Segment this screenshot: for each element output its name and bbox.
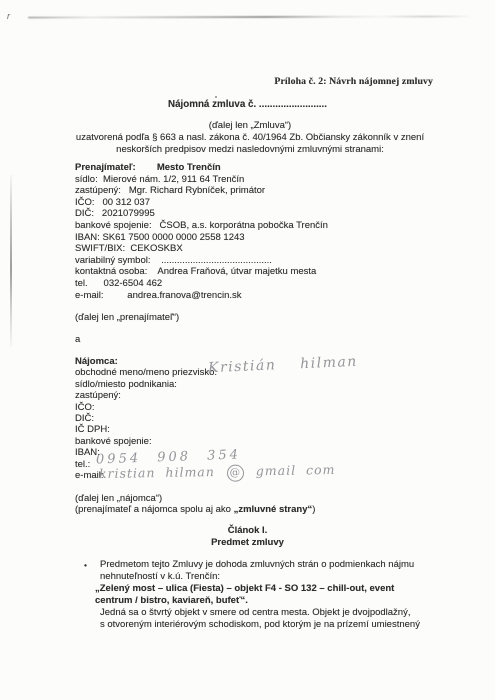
article-number: Článok I. xyxy=(0,525,495,537)
field-value: CEKOSKBX xyxy=(130,243,182,254)
joint-note-post: ) xyxy=(312,504,315,515)
field-label: IČ DPH: xyxy=(75,424,110,435)
paragraph-line: Jedná sa o štvrtý objekt v smere od cent… xyxy=(95,607,445,619)
paragraph-text: Predmetom tejto Zmluvy je dohoda zmluvný… xyxy=(100,559,414,570)
paragraph-text: neskorších predpisov medzi nasledovnými … xyxy=(116,144,384,155)
field-line: variabilný symbol: .....................… xyxy=(75,255,328,267)
field-value: 2021079995 xyxy=(102,208,155,219)
paragraph-line: nehnuteľností v k.ú. Trenčín: xyxy=(95,571,445,583)
conjunction-a: a xyxy=(75,334,80,345)
article-heading: Článok I. Predmet zmluvy xyxy=(0,525,495,549)
field-label: zastúpený: xyxy=(75,390,121,401)
field-label: kontaktná osoba: xyxy=(75,266,147,277)
field-line: IČO: xyxy=(75,402,217,413)
field-gap xyxy=(151,255,162,266)
paragraph-text: Jedná sa o štvrtý objekt v smere od cent… xyxy=(100,607,411,618)
scanned-contract-page: r Príloha č. 2: Návrh nájomnej zmluvy Ná… xyxy=(0,0,495,700)
field-label: tel. xyxy=(75,278,88,289)
field-line: bankové spojenie: ČSOB, a.s. korporátna … xyxy=(75,220,328,232)
circled-at-symbol: @ xyxy=(227,465,244,482)
handwritten-email: kristian hilman @ gmail com xyxy=(99,462,336,484)
field-label: DIČ: xyxy=(75,413,94,424)
attachment-heading: Príloha č. 2: Návrh nájomnej zmluvy xyxy=(0,76,433,87)
intro-paragraph: (ďalej len „Zmluva“)uzatvorená podľa § 6… xyxy=(0,120,495,156)
field-label: e-mail: xyxy=(75,290,104,301)
field-label: obchodné meno/meno priezvisko: xyxy=(75,367,217,378)
handwritten-email-local: kristian hilman xyxy=(99,464,215,481)
joint-note-bold: „zmluvné strany“ xyxy=(234,504,313,515)
paragraph-text: uzatvorená podľa § 663 a nasl. zákona č.… xyxy=(76,132,424,143)
field-value: 00 312 037 xyxy=(102,197,150,208)
joint-parties-note: (prenajímateľ a nájomca spolu aj ako „zm… xyxy=(75,504,315,515)
field-value: andrea.franova@trencin.sk xyxy=(127,290,241,301)
field-gap xyxy=(136,162,157,173)
field-line: kontaktná osoba: Andrea Fraňová, útvar m… xyxy=(75,266,328,278)
field-gap xyxy=(152,220,160,231)
scan-artifact-top-line xyxy=(28,15,470,18)
field-value: SK61 7500 0000 0000 2558 1243 xyxy=(102,232,244,243)
paragraph-line: „Zelený most – ulica (Fiesta) – objekt F… xyxy=(95,583,445,595)
field-label: Nájomca: xyxy=(75,356,118,367)
field-line: sídlo: Mierové nám. 1/2, 911 64 Trenčín xyxy=(75,174,328,186)
field-value: ........................................… xyxy=(161,255,272,266)
landlord-details: Prenajímateľ: Mesto Trenčínsídlo: Mierov… xyxy=(75,162,328,301)
field-label: IBAN: xyxy=(75,232,100,243)
scan-artifact-dot xyxy=(215,96,217,98)
field-value: Mesto Trenčín xyxy=(157,162,221,173)
field-label: zastúpený: xyxy=(75,185,121,196)
field-gap xyxy=(121,185,129,196)
scan-artifact-corner-mark: r xyxy=(7,11,10,21)
paragraph-text: (ďalej len „Zmluva“) xyxy=(209,120,291,131)
field-label: variabilný symbol: xyxy=(75,255,151,266)
paragraph-line: uzatvorená podľa § 663 a nasl. zákona č.… xyxy=(0,132,495,144)
bullet-icon: • xyxy=(84,560,87,572)
field-line: zastúpený: xyxy=(75,390,217,401)
paragraph-line: Predmetom tejto Zmluvy je dohoda zmluvný… xyxy=(95,559,445,571)
paragraph-line: centrum / bistro, kaviareň, bufeť“. xyxy=(95,595,445,607)
field-line: DIČ: xyxy=(75,413,217,424)
tenant-alias-note: (ďalej len „nájomca“) xyxy=(75,493,162,504)
paragraph-line: (ďalej len „Zmluva“) xyxy=(0,120,495,132)
field-line: e-mail: andrea.franova@trencin.sk xyxy=(75,290,328,302)
field-value: Mierové nám. 1/2, 911 64 Trenčín xyxy=(103,174,244,185)
field-label: SWIFT/BIX: xyxy=(75,243,125,254)
subject-paragraph: • Predmetom tejto Zmluvy je dohoda zmluv… xyxy=(95,559,445,630)
paragraph-text: s otvoreným interiérovým schodiskom, pod… xyxy=(100,619,420,630)
field-label: sídlo/miesto podnikania: xyxy=(75,379,177,390)
field-gap xyxy=(88,278,104,289)
field-label: bankové spojenie: xyxy=(75,436,152,447)
scan-artifact-left-line xyxy=(10,175,12,347)
field-gap xyxy=(104,290,128,301)
field-line: SWIFT/BIX: CEKOSKBX xyxy=(75,243,328,255)
field-value: 032-6504 462 xyxy=(104,278,163,289)
subject-paragraph-lines: Predmetom tejto Zmluvy je dohoda zmluvný… xyxy=(95,559,445,630)
field-line: IČ DPH: xyxy=(75,424,217,435)
field-label: IČO: xyxy=(75,197,95,208)
field-line: tel. 032-6504 462 xyxy=(75,278,328,290)
paragraph-line: s otvoreným interiérovým schodiskom, pod… xyxy=(95,619,445,631)
field-label: tel.: xyxy=(75,459,90,470)
field-gap xyxy=(147,266,157,277)
field-line: Nájomca: xyxy=(75,356,217,367)
document-title: Nájomná zmluva č. ......................… xyxy=(0,99,495,110)
field-value: Andrea Fraňová, útvar majetku mesta xyxy=(157,266,316,277)
field-line: DIČ: 2021079995 xyxy=(75,208,328,220)
field-label: IČO: xyxy=(75,402,95,413)
handwritten-email-domain: gmail com xyxy=(256,462,336,478)
joint-note-pre: (prenajímateľ a nájomca spolu aj ako xyxy=(75,504,234,515)
article-subject: Predmet zmluvy xyxy=(0,537,495,549)
field-value: Mgr. Richard Rybníček, primátor xyxy=(129,185,265,196)
field-line: IBAN: SK61 7500 0000 0000 2558 1243 xyxy=(75,232,328,244)
field-gap xyxy=(94,208,102,219)
paragraph-line: neskorších predpisov medzi nasledovnými … xyxy=(0,144,495,156)
field-value: ČSOB, a.s. korporátna pobočka Trenčín xyxy=(160,220,328,231)
field-line: bankové spojenie: xyxy=(75,436,217,447)
handwritten-tenant-name: Kristián hilman xyxy=(208,354,358,377)
landlord-alias-note: (ďalej len „prenajímateľ“) xyxy=(75,312,179,323)
field-label: Prenajímateľ: xyxy=(75,162,136,173)
field-line: zastúpený: Mgr. Richard Rybníček, primát… xyxy=(75,185,328,197)
field-line: obchodné meno/meno priezvisko: xyxy=(75,367,217,378)
field-line: IČO: 00 312 037 xyxy=(75,197,328,209)
field-label: DIČ: xyxy=(75,208,94,219)
paragraph-text: „Zelený most – ulica (Fiesta) – objekt F… xyxy=(95,583,394,594)
field-line: sídlo/miesto podnikania: xyxy=(75,379,217,390)
field-label: sídlo: xyxy=(75,174,98,185)
paragraph-text: nehnuteľností v k.ú. Trenčín: xyxy=(100,571,220,582)
field-line: Prenajímateľ: Mesto Trenčín xyxy=(75,162,328,174)
field-label: bankové spojenie: xyxy=(75,220,152,231)
paragraph-text: centrum / bistro, kaviareň, bufeť“. xyxy=(95,595,248,606)
